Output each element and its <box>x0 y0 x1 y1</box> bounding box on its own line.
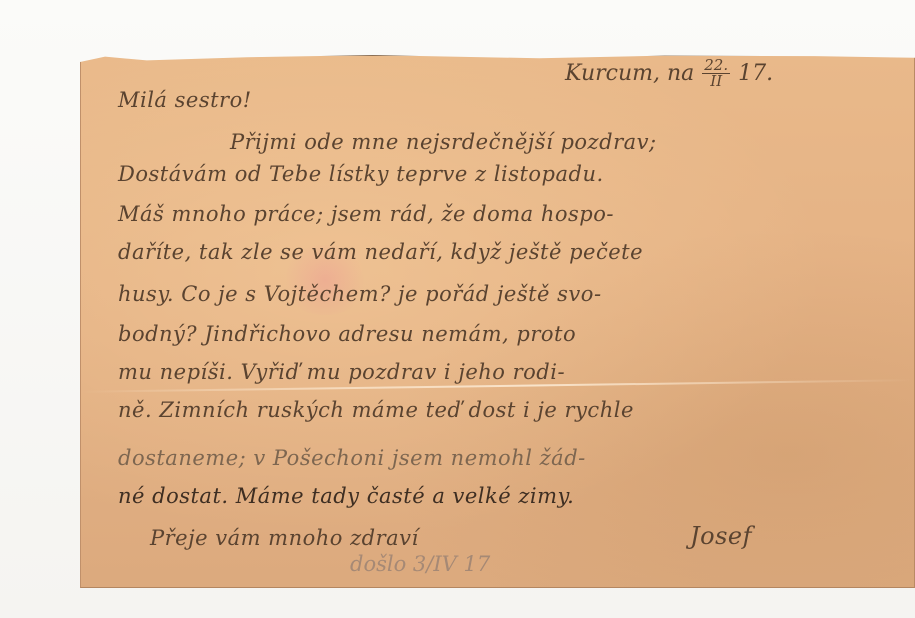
pencil-receipt-note: došlo 3/IV 17 <box>350 552 490 576</box>
letter-line: bodný? Jindřichovo adresu nemám, proto <box>118 322 576 346</box>
signature: Josef <box>690 522 752 550</box>
letter-line: husy. Co je s Vojtěchem? je pořád ještě … <box>118 282 602 306</box>
place-name: Kurcum, na <box>565 61 694 86</box>
letter-line: Přijmi ode mne nejsrdečnější pozdrav; <box>230 130 657 154</box>
letter-line: mu nepíši. Vyřiď mu pozdrav i jeho rodi- <box>118 360 565 384</box>
letter-line: Máš mnoho práce; jsem rád, že doma hospo… <box>118 202 614 226</box>
letter-line: dostaneme; v Pošechoni jsem nemohl žád- <box>118 446 586 470</box>
place-date: Kurcum, na 22. II 17. <box>565 58 773 89</box>
salutation: Milá sestro! <box>118 88 252 112</box>
date-month: II <box>710 74 722 89</box>
letter-line: daříte, tak zle se vám nedaří, když ješt… <box>118 240 643 264</box>
letter-line: né dostat. Máme tady časté a velké zimy. <box>118 484 574 508</box>
date-fraction: 22. II <box>702 58 730 89</box>
letter-line: Přeje vám mnoho zdraví <box>150 526 419 550</box>
letter-line: Dostávám od Tebe lístky teprve z listopa… <box>118 162 604 186</box>
date-year: 17. <box>738 61 773 86</box>
letter-line: ně. Zimních ruských máme teď dost i je r… <box>118 398 634 422</box>
